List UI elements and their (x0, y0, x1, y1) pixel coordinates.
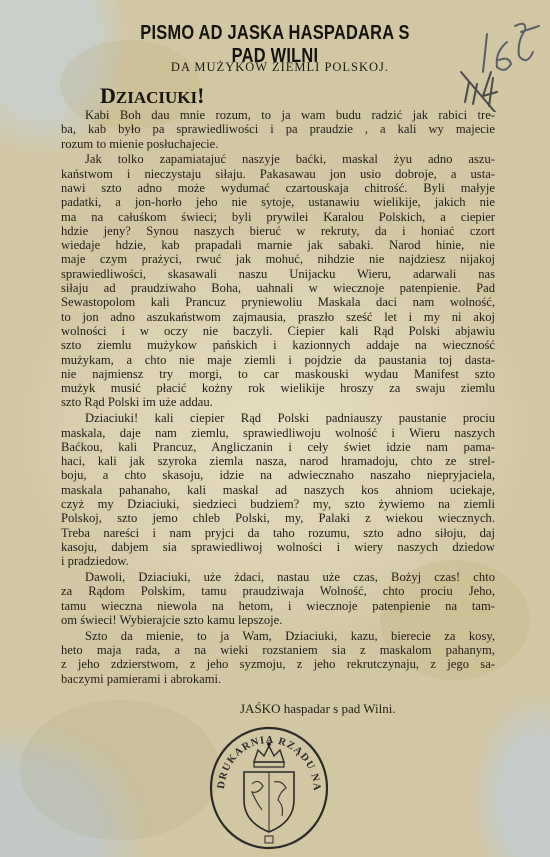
text-line: mużyk musić płacić kożny rok wielikije h… (61, 381, 495, 395)
text-line: szto ziemlu mużykow pańskich i kazionnyc… (61, 338, 495, 352)
text-line: siłaju ad praudziwaho Boha, uahnali w wi… (61, 281, 495, 295)
text-line: om świeci! Wybierajcie szto kamu lepszoj… (61, 613, 495, 627)
text-line: ba, kab było pa sprawiedliwości i pa pra… (61, 122, 495, 136)
text-line: Szto da mienie, to ja Wam, Dziaciuki, ka… (61, 629, 495, 643)
text-line: Dziaciuki! kali ciepier Rąd Polski padni… (61, 411, 495, 425)
text-line: rozum to mienie posłuchajecie. (61, 137, 495, 151)
text-line: to jon adno aszukaństwom zajmausia, pras… (61, 310, 495, 324)
document-paper: PISMO AD JASKA HASPADARA S PAD WILNI DA … (0, 0, 550, 857)
text-line: padatki, a jon-horło jeho nie sytoje, us… (61, 195, 495, 209)
document-subtitle: DA MUŻYKOW ZIEMLI POLSKOJ. (100, 60, 460, 75)
text-line: maskala, daje nam ziemlu, sprawiedliwoju… (61, 426, 495, 440)
text-line: Kabi Boh dau mnie rozum, to ja wam budu … (61, 108, 495, 122)
text-line: nie najmiensz try morgi, to car maskousk… (61, 367, 495, 381)
svg-text:DRUKARNIA RZĄDU NARODOWEGO: DRUKARNIA RZĄDU NARODOWEGO (208, 722, 322, 792)
seal-mark-icon (265, 836, 273, 843)
text-line: tamu wieczna niewola na hetom, i wieczno… (61, 599, 495, 613)
text-line: boju, a chto skasoju, idzie na adwieczna… (61, 468, 495, 482)
greeting-heading: DZIACIUKI! (100, 83, 204, 109)
signature: JAŚKO haspadar s pad Wilni. (240, 701, 396, 717)
seal-inscription: DRUKARNIA RZĄDU NARODOWEGO (208, 722, 322, 792)
text-line: sprawiedliwości, skasawali naszu Unijack… (61, 267, 495, 281)
text-line: kasoju, dabjem sia sprawiedliwoj wolnośc… (61, 540, 495, 554)
water-stain (20, 700, 220, 840)
text-line: szto Rąd Polski im uże addau. (61, 395, 495, 409)
printing-house-seal-stamp: DRUKARNIA RZĄDU NARODOWEGO (208, 722, 330, 850)
text-line: maje czym prażyci, rwuć jak mohuć, nihdz… (61, 252, 495, 266)
text-line: maskala pahanaho, kali maskal ad naszych… (61, 483, 495, 497)
greeting-rest: ZIACIUKI (116, 88, 197, 107)
greeting-exclamation: ! (197, 83, 204, 108)
text-line: i pradziedow. (61, 554, 495, 568)
text-line: mużykam, a chto nie maje ziemli i pojdzi… (61, 353, 495, 367)
paragraph: Szto da mienie, to ja Wam, Dziaciuki, ka… (61, 629, 495, 686)
text-line: Dawoli, Dziaciuki, uże żdaci, nastau uże… (61, 570, 495, 584)
text-line: kaństwom i nieczystaju siłaju. Pakasawau… (61, 167, 495, 181)
text-line: Baćkou, kali Prancuz, Angliczanin i cełу… (61, 440, 495, 454)
text-line: czyż my Dziaciuki, siedzieci budziem? my… (61, 497, 495, 511)
text-line: nawi szto adno może wydumać czartouskaja… (61, 181, 495, 195)
text-line: baczymi pamierami i abrokami. (61, 672, 495, 686)
text-line: Polskoj, szto jemo chleb Polski, my, Pal… (61, 511, 495, 525)
text-line: heto maja rada, a na wieki rozstaniem si… (61, 643, 495, 657)
document-body: Kabi Boh dau mnie rozum, to ja wam budu … (61, 108, 495, 687)
paragraph: Kabi Boh dau mnie rozum, to ja wam budu … (61, 108, 495, 151)
text-line: wolności i w oczy nie baczyli. Ciepier k… (61, 324, 495, 338)
paragraph: Dawoli, Dziaciuki, uże żdaci, nastau uże… (61, 570, 495, 627)
text-line: ma na całuśkom świeci; byli prywilei Kar… (61, 210, 495, 224)
text-line: Treba nareści i nam pryjci da taho rozum… (61, 526, 495, 540)
text-line: Jak tolko zapamiatajuć naszyje baćki, ma… (61, 152, 495, 166)
text-line: hdzie jeny? Synou naszych bieruć w rekru… (61, 224, 495, 238)
text-line: haci, kali jak szyroka ziemla nasza, nar… (61, 454, 495, 468)
handwritten-pencil-annotation (455, 12, 545, 112)
coat-of-arms-shield-icon (244, 772, 294, 832)
text-line: z jeho zdzierstwom, z jeho syzmoju, z je… (61, 657, 495, 671)
text-line: za Rądom Polskim, tamu praudziwaja Wolno… (61, 584, 495, 598)
text-line: wiedaje hdzie, kab prapadali marnie jak … (61, 238, 495, 252)
paragraph: Jak tolko zapamiatajuć naszyje baćki, ma… (61, 152, 495, 409)
text-line: Sewastopolom kali Prancuz pryniewoliu Ma… (61, 295, 495, 309)
paragraph: Dziaciuki! kali ciepier Rąd Polski padni… (61, 411, 495, 568)
greeting-initial: D (100, 83, 116, 108)
